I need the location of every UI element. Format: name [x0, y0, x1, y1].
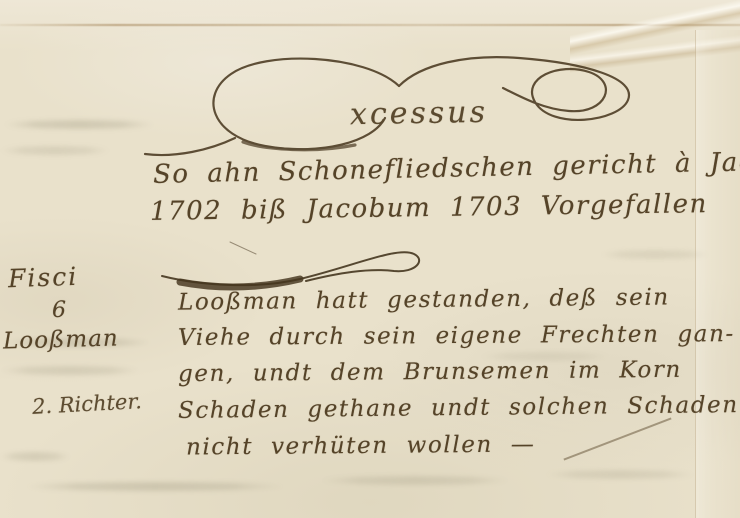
bleed-through-mark	[0, 452, 70, 461]
bleed-through-mark	[545, 470, 695, 479]
body-line: gen, undt dem Brunsemen im Korn	[178, 357, 682, 387]
body-line: Looßman hatt gestanden, deß sein	[178, 284, 670, 315]
body-line: Schaden gethane undt solchen Schaden	[178, 392, 739, 424]
bleed-through-mark	[600, 250, 710, 259]
bleed-through-mark	[0, 146, 110, 155]
heading-line-2: 1702 biß Jacobum 1703 Vorgefallen	[150, 189, 708, 227]
bleed-through-mark	[320, 476, 510, 485]
bleed-through-mark	[25, 482, 285, 491]
margin-note-richter: 2. Richter.	[31, 389, 142, 419]
pen-hairline-stroke	[563, 417, 671, 460]
paper-right-edge	[695, 30, 740, 518]
body-line: Viehe durch sein eigene Frechten gan-	[178, 321, 735, 351]
manuscript-page: xcessus So ahn Schonefliedschen gericht …	[0, 0, 740, 518]
margin-note-name: Looßman	[3, 325, 119, 354]
margin-note-fisci: Fisci	[8, 262, 79, 293]
bleed-through-mark	[0, 366, 140, 375]
margin-note-number: 6	[52, 298, 66, 323]
paragraph-swash-flourish	[158, 240, 433, 292]
page-title: xcessus	[350, 95, 489, 132]
body-line: nicht verhüten wollen —	[186, 431, 536, 460]
